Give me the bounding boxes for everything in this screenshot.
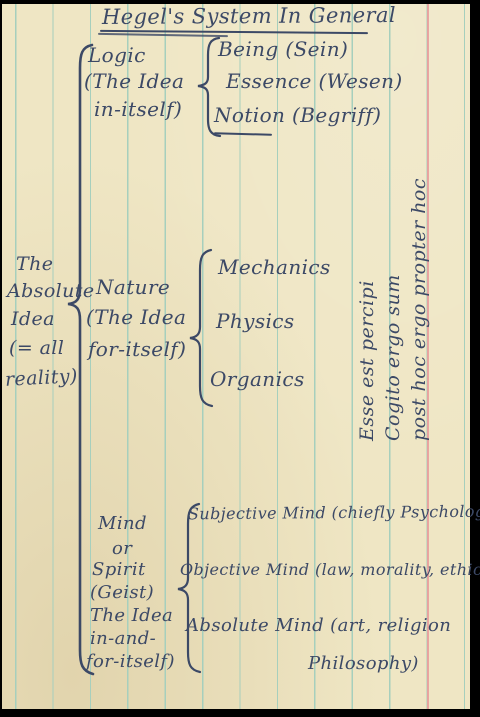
logic-item: Essence (Wesen) (226, 70, 403, 92)
brace-mind-items (174, 502, 204, 674)
logic-label-line: in-itself) (94, 98, 182, 120)
mind-label-line: (Geist) (90, 583, 154, 603)
mind-label-line: Mind (98, 514, 147, 534)
nature-label-line: (The Idea (86, 306, 186, 328)
nature-item: Mechanics (218, 256, 331, 278)
nature-item: Organics (210, 368, 305, 390)
note-title: Hegel's System In General (102, 4, 396, 29)
mind-label-line: Spirit (92, 560, 146, 580)
nature-label-line: Nature (96, 276, 170, 298)
mind-item: Subjective Mind (chiefly Psychology (188, 503, 480, 523)
root-label-line: The (16, 254, 53, 275)
margin-annotation: Esse est percipi Cogito ergo sum post ho… (354, 101, 432, 441)
mind-label-line: or (112, 539, 132, 559)
mind-item: Philosophy) (308, 654, 419, 674)
mind-label-line: for-itself) (86, 652, 175, 672)
logic-item: Being (Sein) (218, 38, 348, 60)
logic-label-line: (The Idea (84, 70, 184, 92)
mind-item: Absolute Mind (art, religion (186, 616, 451, 636)
root-label-line: Absolute (7, 281, 94, 302)
note-card: Hegel's System In General The Absolute I… (2, 4, 470, 709)
mind-label-line: in-and- (90, 629, 156, 649)
mind-label-line: The Idea (90, 606, 173, 626)
root-label-line: (= all (9, 338, 64, 359)
nature-label-line: for-itself) (88, 338, 186, 360)
root-label-line: Idea (11, 309, 55, 330)
root-label-line: reality) (5, 366, 79, 391)
mind-item: Objective Mind (law, morality, ethics) (180, 561, 480, 579)
margin-annotation-line: Esse est percipi (354, 101, 380, 441)
margin-annotation-line: post hoc ergo propter hoc (406, 101, 432, 441)
margin-annotation-line: Cogito ergo sum (380, 101, 406, 441)
logic-label-line: Logic (88, 44, 146, 66)
photographed-note: Hegel's System In General The Absolute I… (0, 0, 480, 717)
nature-item: Physics (216, 310, 295, 332)
